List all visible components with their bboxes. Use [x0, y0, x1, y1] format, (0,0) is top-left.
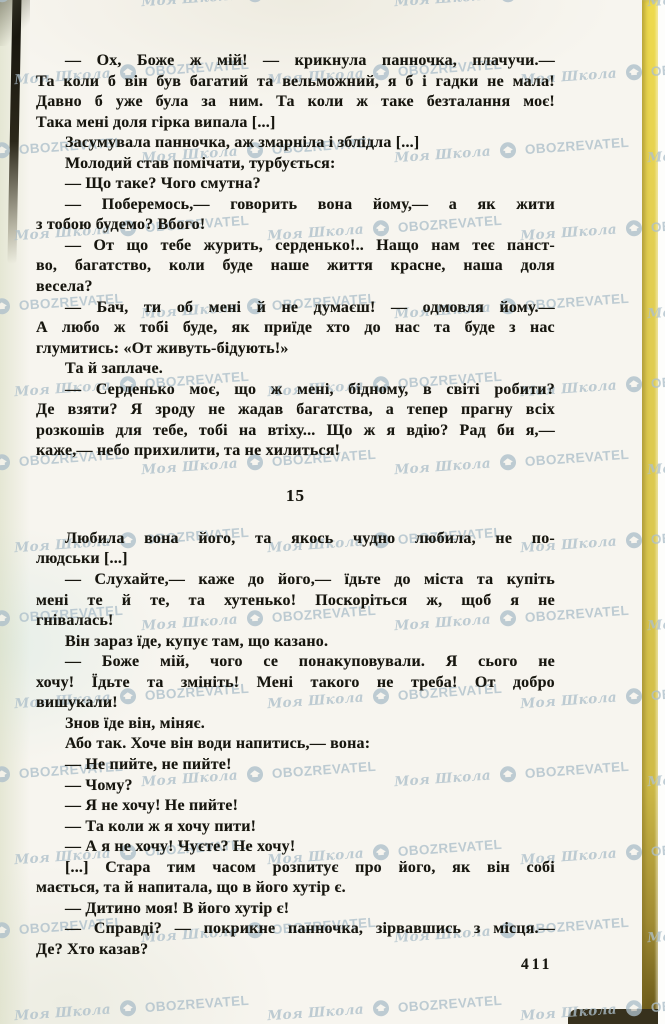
text-line: Девзяти?Язродунежадавбагатства,атеперпра… [36, 400, 555, 421]
text-line: —Божемій,чогосепонакуповували.Ясьогоне [36, 652, 555, 673]
text-line: Засумувала панночка, аж змарніла і зблід… [36, 133, 555, 154]
watermark: Моя ШколаOBOZREVATEL [394, 0, 630, 10]
watermark-script-label: Моя Школа [267, 1001, 365, 1024]
watermark-brand-label: OBOZREVATEL [397, 992, 502, 1014]
text-line: Знов їде він, міняє. [36, 714, 555, 735]
graduation-cap-icon [0, 298, 10, 315]
text-line: менітейте,тахутенько!Поскорітьсяж,щобяне [36, 591, 555, 612]
watermark-brand-label: OBOZREVATEL [144, 992, 249, 1014]
graduation-cap-icon [0, 610, 10, 627]
page-edge-right-band [642, 0, 658, 1024]
graduation-cap-icon [0, 454, 10, 471]
watermark-brand-label: OBOZREVATEL [524, 0, 629, 1]
graduation-cap-icon [372, 1000, 389, 1017]
screenshot: Моя ШколаOBOZREVATELМоя ШколаOBOZREVATEL… [0, 0, 665, 1024]
graduation-cap-icon [499, 0, 516, 3]
watermark-script-label: Моя Школа [14, 1001, 112, 1024]
text-line: —Бач,тиобменійнедумаєш!—одмовляйому.— [36, 298, 555, 319]
text-line: Давнобужебулазаним.Таколижтакебезталання… [36, 92, 555, 113]
graduation-cap-icon [0, 922, 10, 939]
watermark-brand-label: OBOZREVATEL [18, 0, 123, 1]
text-line: гнівалась! [36, 611, 555, 632]
text-line: во,багатство,колибуденашежиттякрасне,наш… [36, 256, 555, 277]
text-line: вишукали! [36, 693, 555, 714]
graduation-cap-icon [625, 220, 642, 237]
graduation-cap-icon [625, 844, 642, 861]
watermark: Моя ШколаOBOZREVATEL [267, 992, 503, 1024]
text-line: — А я не хочу! Чуєте? Не хочу! [36, 837, 555, 858]
page-corner-bottom-right [568, 1009, 658, 1024]
text-line: — Та коли ж я хочу пити! [36, 817, 555, 838]
watermark-script-label: Моя Школа [394, 0, 492, 10]
section-number: 15 [36, 486, 555, 506]
text-line: весела? [36, 277, 555, 298]
watermark-brand-label: OBOZREVATEL [271, 0, 376, 1]
text-line: глумитись: «От живуть-бідують!» [36, 339, 555, 360]
graduation-cap-icon [625, 532, 642, 549]
text-block-top: —Ох,Божежмій!—крикнулапанночка,плачучи.—… [36, 51, 555, 462]
text-line: —Поберемось,—говоритьвонайому,—аякжити [36, 195, 555, 216]
graduation-cap-icon [625, 688, 642, 705]
watermark: Моя ШколаOBOZREVATEL [141, 0, 377, 10]
text-line: мається, та й напитала, що в його хутір … [36, 878, 555, 899]
graduation-cap-icon [0, 766, 10, 783]
text-line: Або так. Хоче він води напитись,— вона: [36, 734, 555, 755]
watermark-script-label: Моя Школа [141, 0, 239, 10]
text-line: Алюбожтобібуде,якприїдехтодонастабудезна… [36, 318, 555, 339]
graduation-cap-icon [625, 64, 642, 81]
text-line: розкошівдлятебе,тобінавтіху...Щожявдію?Р… [36, 421, 555, 442]
text-line: —Ох,Божежмій!—крикнулапанночка,плачучи.— [36, 51, 555, 72]
text-line: Таколибвінбувбагатийтавельможний,ябігадк… [36, 72, 555, 93]
text-line: — Я не хочу! Не пийте! [36, 796, 555, 817]
text-line: —Слухайте,—кажедойого,—їдьтедомістатакуп… [36, 570, 555, 591]
text-line: Любилавонайого,таякосьчуднолюбила,непо- [36, 529, 555, 550]
text-line: Така мені доля гірка випала [...] [36, 113, 555, 134]
page-text: —Ох,Божежмій!—крикнулапанночка,плачучи.—… [36, 51, 555, 960]
text-line: —Отщотебежурить,серденько!..Нащонамтеєпа… [36, 236, 555, 257]
text-line: Та й заплаче. [36, 359, 555, 380]
text-line: [...]Старатимчасомрозпитуєпройого,яквінс… [36, 858, 555, 879]
graduation-cap-icon [625, 376, 642, 393]
text-line: — Не пийте, не пийте! [36, 755, 555, 776]
text-line: — Що таке? Чого смутна? [36, 174, 555, 195]
book-page: Моя ШколаOBOZREVATELМоя ШколаOBOZREVATEL… [0, 0, 665, 1024]
text-line: —Справді?—покрикнепанночка,зірвавшисьзмі… [36, 919, 555, 940]
graduation-cap-icon [119, 1000, 136, 1017]
text-line: Він зараз їде, купує там, що казано. [36, 632, 555, 653]
text-line: людськи [...] [36, 549, 555, 570]
text-block-bottom: Любилавонайого,таякосьчуднолюбила,непо-л… [36, 529, 555, 960]
page-edge-right-margin [658, 0, 665, 1024]
graduation-cap-icon [246, 0, 263, 3]
text-line: — Чому? [36, 776, 555, 797]
text-line: Молодий став помічати, турбується: [36, 154, 555, 175]
page-number: 411 [521, 956, 552, 974]
text-line: хочу!Їдьтетазмініть!Менітакогонетреба!От… [36, 673, 555, 694]
text-line: —Серденькомоє,щожмені,бідному,всвітіроби… [36, 380, 555, 401]
page-corner-top-left [0, 0, 30, 46]
text-line: каже,— небо прихилити, та не хилиться! [36, 441, 555, 462]
watermark: Моя ШколаOBOZREVATEL [14, 992, 250, 1024]
text-line: — Дитино моя! В його хутір є! [36, 899, 555, 920]
text-line: з тобою будемо? Вбого! [36, 215, 555, 236]
text-line: Де? Хто казав? [36, 940, 555, 961]
